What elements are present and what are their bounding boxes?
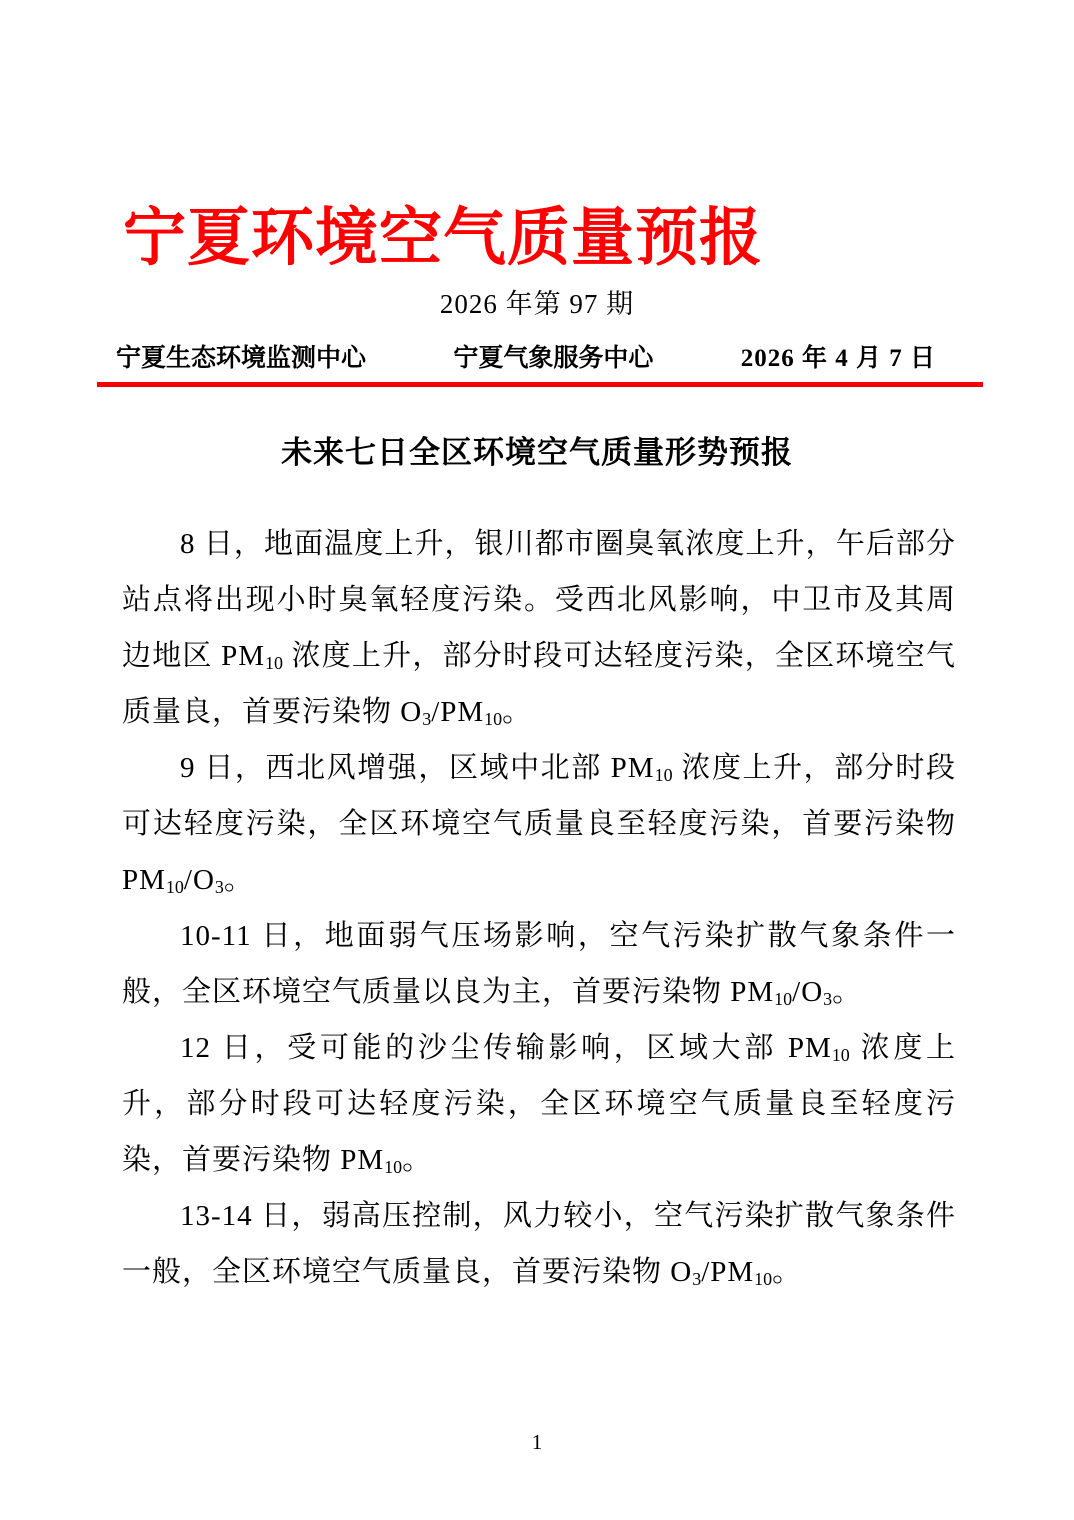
document-title: 宁夏环境空气质量预报 — [123, 202, 1074, 274]
body-paragraph: 8 日，地面温度上升，银川都市圈臭氧浓度上升，午后部分站点将出现小时臭氧轻度污染… — [122, 516, 956, 740]
page-number: 1 — [0, 1430, 1074, 1455]
red-divider-rule — [97, 382, 983, 387]
body-paragraph: 10-11 日，地面弱气压场影响，空气污染扩散气象条件一般，全区环境空气质量以良… — [122, 908, 956, 1020]
org-weather-service-center: 宁夏气象服务中心 — [453, 343, 653, 373]
forecast-paragraphs: 8 日，地面温度上升，银川都市圈臭氧浓度上升，午后部分站点将出现小时臭氧轻度污染… — [122, 516, 956, 1300]
issue-date: 2026 年 4 月 7 日 — [741, 344, 936, 374]
body-paragraph: 9 日，西北风增强，区域中北部 PM10 浓度上升，部分时段可达轻度污染，全区环… — [122, 740, 956, 908]
header-row: 宁夏生态环境监测中心 宁夏气象服务中心 2026 年 4 月 7 日 — [116, 343, 936, 374]
document-page: 宁夏环境空气质量预报 2026 年第 97 期 宁夏生态环境监测中心 宁夏气象服… — [0, 0, 1074, 1520]
body-paragraph: 12 日，受可能的沙尘传输影响，区域大部 PM10 浓度上升，部分时段可达轻度污… — [122, 1020, 956, 1188]
org-monitoring-center: 宁夏生态环境监测中心 — [116, 343, 366, 373]
issue-line: 2026 年第 97 期 — [0, 288, 1074, 320]
body-paragraph: 13-14 日，弱高压控制，风力较小，空气污染扩散气象条件一般，全区环境空气质量… — [122, 1188, 956, 1300]
section-title: 未来七日全区环境空气质量形势预报 — [0, 436, 1074, 470]
